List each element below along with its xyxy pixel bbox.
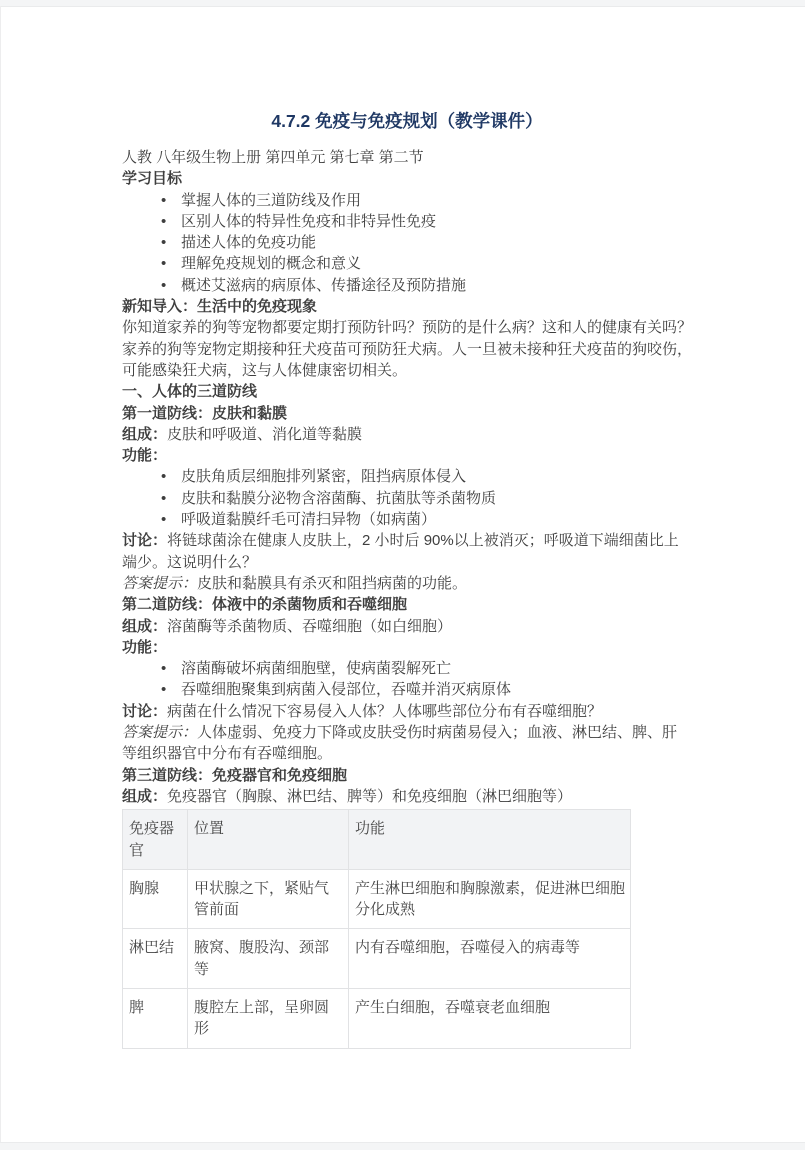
defense1-answer-line: 答案提示：皮肤和黏膜具有杀灭和阻挡病菌的功能。 [122, 573, 692, 594]
defense2-function-heading: 功能： [122, 637, 692, 658]
table-header-cell-function: 功能 [349, 810, 631, 870]
intro-heading: 新知导入：生活中的免疫现象 [122, 296, 692, 317]
table-cell: 产生白细胞，吞噬衰老血细胞 [349, 988, 631, 1048]
composition-text: 免疫器官（胸腺、淋巴结、脾等）和免疫细胞（淋巴细胞等） [167, 788, 572, 805]
discussion-label: 讨论： [122, 532, 167, 549]
viewer-background-strip-top [0, 0, 805, 7]
answer-label: 答案提示： [122, 724, 197, 741]
defense2-heading: 第二道防线：体液中的杀菌物质和吞噬细胞 [122, 594, 692, 615]
function-item: 呼吸道黏膜纤毛可清扫异物（如病菌） [122, 509, 692, 530]
intro-question: 你知道家养的狗等宠物都要定期打预防针吗？预防的是什么病？这和人的健康有关吗？ [122, 317, 692, 338]
composition-label: 组成： [122, 788, 167, 805]
objective-item: 描述人体的免疫功能 [122, 232, 692, 253]
discussion-label: 讨论： [122, 703, 167, 720]
defense2-discussion-line: 讨论：病菌在什么情况下容易侵入人体？人体哪些部位分布有吞噬细胞？ [122, 701, 692, 722]
function-item: 溶菌酶破坏病菌细胞壁，使病菌裂解死亡 [122, 658, 692, 679]
function-item: 皮肤和黏膜分泌物含溶菌酶、抗菌肽等杀菌物质 [122, 488, 692, 509]
answer-text: 人体虚弱、免疫力下降或皮肤受伤时病菌易侵入；血液、淋巴结、脾、肝等组织器官中分布… [122, 724, 677, 762]
section-one-heading: 一、人体的三道防线 [122, 381, 692, 402]
immune-organs-table: 免疫器官 位置 功能 胸腺 甲状腺之下，紧贴气管前面 产生淋巴细胞和胸腺激素，促… [122, 809, 631, 1048]
defense2-answer-line: 答案提示：人体虚弱、免疫力下降或皮肤受伤时病菌易侵入；血液、淋巴结、脾、肝等组织… [122, 722, 692, 765]
answer-text: 皮肤和黏膜具有杀灭和阻挡病菌的功能。 [197, 575, 467, 592]
function-item: 吞噬细胞聚集到病菌入侵部位，吞噬并消灭病原体 [122, 679, 692, 700]
defense1-function-heading: 功能： [122, 445, 692, 466]
discussion-text: 病菌在什么情况下容易侵入人体？人体哪些部位分布有吞噬细胞？ [167, 703, 602, 720]
answer-label: 答案提示： [122, 575, 197, 592]
objective-item: 概述艾滋病的病原体、传播途径及预防措施 [122, 275, 692, 296]
defense1-function-list: 皮肤角质层细胞排列紧密，阻挡病原体侵入 皮肤和黏膜分泌物含溶菌酶、抗菌肽等杀菌物… [122, 466, 692, 530]
objective-item: 区别人体的特异性免疫和非特异性免疫 [122, 211, 692, 232]
composition-label: 组成： [122, 618, 167, 635]
defense1-discussion-line: 讨论：将链球菌涂在健康人皮肤上，2 小时后 90%以上被消灭；呼吸道下端细菌比上… [122, 530, 692, 573]
table-cell: 腹腔左上部，呈卵圆形 [188, 988, 349, 1048]
composition-text: 溶菌酶等杀菌物质、吞噬细胞（如白细胞） [167, 618, 452, 635]
function-item: 皮肤角质层细胞排列紧密，阻挡病原体侵入 [122, 466, 692, 487]
table-cell: 脾 [123, 988, 188, 1048]
discussion-text: 将链球菌涂在健康人皮肤上，2 小时后 90%以上被消灭；呼吸道下端细菌比上端少。… [122, 532, 679, 570]
page-title: 4.7.2 免疫与免疫规划（教学课件） [122, 109, 692, 134]
defense2-function-list: 溶菌酶破坏病菌细胞壁，使病菌裂解死亡 吞噬细胞聚集到病菌入侵部位，吞噬并消灭病原… [122, 658, 692, 701]
objectives-list: 掌握人体的三道防线及作用 区别人体的特异性免疫和非特异性免疫 描述人体的免疫功能… [122, 190, 692, 296]
objective-item: 理解免疫规划的概念和意义 [122, 253, 692, 274]
defense2-composition-line: 组成：溶菌酶等杀菌物质、吞噬细胞（如白细胞） [122, 616, 692, 637]
page-left-edge [0, 6, 1, 1143]
table-cell: 胸腺 [123, 869, 188, 929]
viewer-background-strip-bottom [0, 1142, 805, 1150]
defense3-heading: 第三道防线：免疫器官和免疫细胞 [122, 765, 692, 786]
table-row-thymus: 胸腺 甲状腺之下，紧贴气管前面 产生淋巴细胞和胸腺激素，促进淋巴细胞分化成熟 [123, 869, 631, 929]
defense3-composition-line: 组成：免疫器官（胸腺、淋巴结、脾等）和免疫细胞（淋巴细胞等） [122, 786, 692, 807]
intro-explanation: 家养的狗等宠物定期接种狂犬疫苗可预防狂犬病。人一旦被未接种狂犬疫苗的狗咬伤，可能… [122, 339, 692, 382]
defense1-composition-line: 组成：皮肤和呼吸道、消化道等黏膜 [122, 424, 692, 445]
composition-label: 组成： [122, 426, 167, 443]
table-cell: 甲状腺之下，紧贴气管前面 [188, 869, 349, 929]
table-header-cell-location: 位置 [188, 810, 349, 870]
objective-item: 掌握人体的三道防线及作用 [122, 190, 692, 211]
table-row-lymph-node: 淋巴结 腋窝、腹股沟、颈部等 内有吞噬细胞，吞噬侵入的病毒等 [123, 929, 631, 989]
table-cell: 腋窝、腹股沟、颈部等 [188, 929, 349, 989]
table-header-cell-organ: 免疫器官 [123, 810, 188, 870]
objectives-heading: 学习目标 [122, 168, 692, 189]
textbook-info: 人教 八年级生物上册 第四单元 第七章 第二节 [122, 147, 692, 168]
defense1-heading: 第一道防线：皮肤和黏膜 [122, 403, 692, 424]
table-cell: 产生淋巴细胞和胸腺激素，促进淋巴细胞分化成熟 [349, 869, 631, 929]
document-page: 4.7.2 免疫与免疫规划（教学课件） 人教 八年级生物上册 第四单元 第七章 … [122, 109, 692, 1049]
table-cell: 内有吞噬细胞，吞噬侵入的病毒等 [349, 929, 631, 989]
table-row-spleen: 脾 腹腔左上部，呈卵圆形 产生白细胞，吞噬衰老血细胞 [123, 988, 631, 1048]
table-header-row: 免疫器官 位置 功能 [123, 810, 631, 870]
table-cell: 淋巴结 [123, 929, 188, 989]
composition-text: 皮肤和呼吸道、消化道等黏膜 [167, 426, 362, 443]
